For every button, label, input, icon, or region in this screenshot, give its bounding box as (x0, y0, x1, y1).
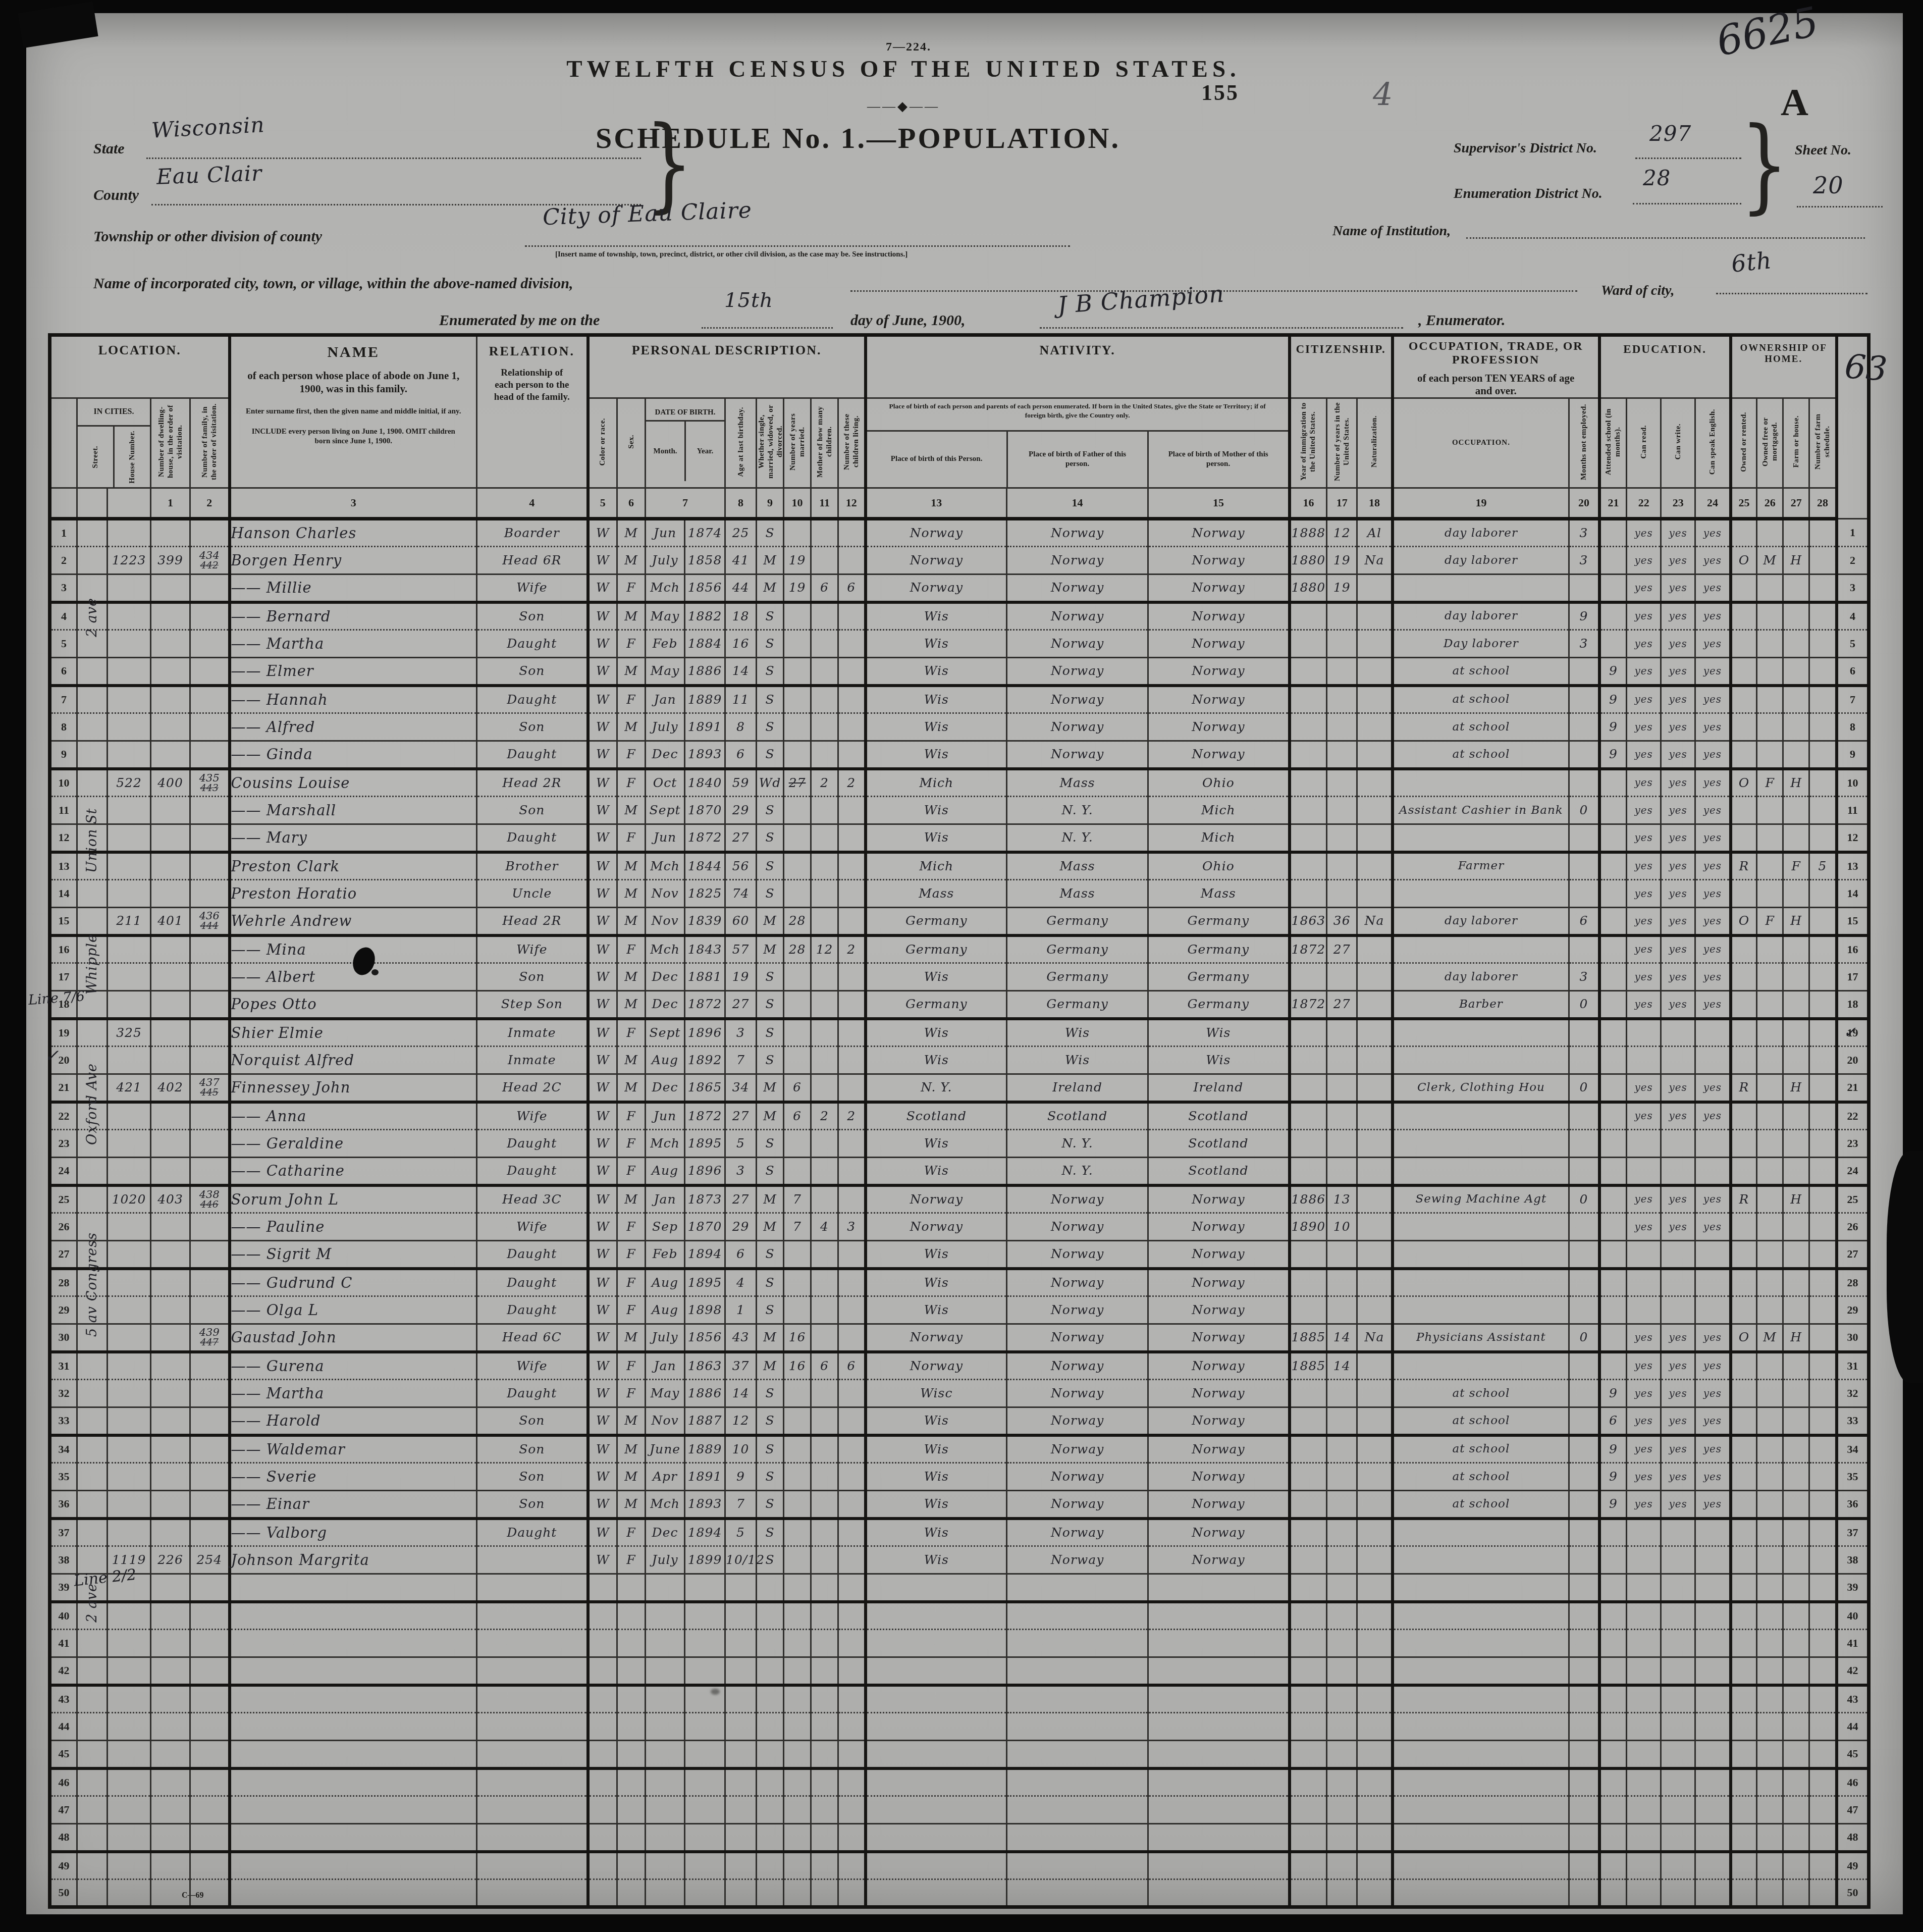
cell-imm (1290, 686, 1327, 713)
cell-pm: Norway (1148, 1519, 1290, 1546)
table-row: 34—— WaldemarSonWMJune188910SWisNorwayNo… (50, 1435, 1869, 1463)
cell-col: W (588, 1435, 617, 1463)
cell-rd: yes (1627, 935, 1661, 963)
cell-rd (1627, 1630, 1661, 1657)
cell-sch (1599, 1019, 1627, 1047)
cell-sch (1599, 602, 1627, 630)
table-row: 5050 (50, 1879, 1869, 1907)
cell-en: yes (1695, 1380, 1731, 1407)
cell-age (725, 1768, 757, 1796)
cell-sch (1599, 852, 1627, 880)
cell-col: W (588, 630, 617, 658)
cell-mar: M (757, 1213, 784, 1241)
cell-own: O (1731, 547, 1757, 575)
cell-sex: M (617, 713, 646, 741)
cell-mne: 0 (1569, 1074, 1599, 1102)
cell-mar: M (757, 935, 784, 963)
cell-sch (1599, 1296, 1627, 1324)
cell-age: 8 (725, 713, 757, 741)
cell-fs (1809, 1685, 1837, 1713)
cell-pm: Norway (1148, 1185, 1290, 1213)
cell-sch (1599, 1852, 1627, 1879)
row-number: 26 (50, 1213, 77, 1241)
cell-fh (1783, 713, 1809, 741)
cell-mar: S (757, 686, 784, 713)
cell-pob: Wis (866, 1269, 1007, 1296)
township-label: Township or other division of county (93, 228, 322, 245)
cell-wr: yes (1661, 630, 1695, 658)
cell-age: 18 (725, 602, 757, 630)
cell-clv (838, 1602, 866, 1630)
cell-pob: Wis (866, 658, 1007, 686)
cell-imm (1290, 1407, 1327, 1435)
header-relation: RELATION. Relationship of each person to… (477, 335, 588, 488)
cell-rd: yes (1627, 1435, 1661, 1463)
cell-dw (151, 1796, 190, 1824)
cell-rd: yes (1627, 1491, 1661, 1519)
cell-imm (1290, 1130, 1327, 1158)
cell-clv (838, 1879, 866, 1907)
cell-sch (1599, 1574, 1627, 1602)
cell-yus (1327, 852, 1357, 880)
cell-pm (1148, 1768, 1290, 1796)
cell-house (108, 713, 151, 741)
cell-fam (190, 1657, 230, 1685)
cell-clv (838, 1435, 866, 1463)
header-farm-schedule: Number of farm schedule. (1809, 398, 1837, 488)
cell-wr: yes (1661, 1491, 1695, 1519)
cell-nat (1357, 1741, 1393, 1768)
cell-dw (151, 1491, 190, 1519)
cell-wr (1661, 1546, 1695, 1574)
cell-sch: 9 (1599, 1463, 1627, 1491)
cell-mne: 0 (1569, 1324, 1599, 1352)
header-pob-father: Place of birth of Father of this person. (1006, 432, 1147, 487)
cell-house (108, 1463, 151, 1491)
cell-house (108, 824, 151, 852)
cell-age: 9 (725, 1463, 757, 1491)
cell-house (108, 1130, 151, 1158)
row-number: 19 (50, 1019, 77, 1047)
row-number: 14 (1837, 880, 1869, 908)
cell-occ (1393, 1269, 1569, 1296)
cell-fam (190, 1574, 230, 1602)
row-number: 12 (50, 824, 77, 852)
cell-pm: Germany (1148, 935, 1290, 963)
cell-own (1731, 1435, 1757, 1463)
cell-col: W (588, 1296, 617, 1324)
cell-rel: Head 2R (477, 769, 588, 797)
cell-nat (1357, 1824, 1393, 1852)
cell-mne (1569, 1574, 1599, 1602)
cell-mne (1569, 686, 1599, 713)
header-years-us: Number of years in the United States. (1327, 398, 1357, 488)
cell-name (230, 1768, 477, 1796)
cell-yr: 1889 (685, 686, 725, 713)
cell-pm: Norway (1148, 1296, 1290, 1324)
cell-mon (646, 1630, 685, 1657)
cell-nat (1357, 741, 1393, 769)
cell-col: W (588, 991, 617, 1019)
cell-fam (190, 1158, 230, 1185)
cell-pf: Norway (1007, 1352, 1148, 1380)
cell-col: W (588, 1130, 617, 1158)
cell-imm (1290, 1796, 1327, 1824)
cell-yr: 1858 (685, 547, 725, 575)
cell-mne (1569, 1269, 1599, 1296)
cell-yus (1327, 1380, 1357, 1407)
cell-fs (1809, 1574, 1837, 1602)
cell-wr: yes (1661, 880, 1695, 908)
cell-col (588, 1685, 617, 1713)
cell-dw: 399 (151, 547, 190, 575)
cell-occ: at school (1393, 1380, 1569, 1407)
cell-pm: Norway (1148, 602, 1290, 630)
table-row: 31—— GurenaWifeWFJan186337M1666NorwayNor… (50, 1352, 1869, 1380)
cell-col: W (588, 1546, 617, 1574)
cell-street (77, 1741, 108, 1768)
cell-fh (1783, 880, 1809, 908)
cell-sex: M (617, 880, 646, 908)
cell-sex: F (617, 1158, 646, 1185)
header-education: EDUCATION. (1599, 335, 1731, 398)
row-number: 49 (1837, 1852, 1869, 1879)
cell-fs (1809, 713, 1837, 741)
cell-yus (1327, 1796, 1357, 1824)
cell-sex: F (617, 1241, 646, 1269)
cell-clv (838, 1241, 866, 1269)
cell-rel: Daught (477, 1130, 588, 1158)
cell-own (1731, 1824, 1757, 1852)
cell-mne (1569, 769, 1599, 797)
header-sex: Sex. (617, 398, 646, 488)
cell-mar: S (757, 1158, 784, 1185)
cell-yr: 1895 (685, 1269, 725, 1296)
cell-mon: Dec (646, 963, 685, 991)
header-occupation-cell: OCCUPATION. (1393, 398, 1569, 488)
cell-own (1731, 991, 1757, 1019)
cell-sch (1599, 630, 1627, 658)
cell-wr: yes (1661, 824, 1695, 852)
cell-house (108, 1519, 151, 1546)
row-number: 47 (1837, 1796, 1869, 1824)
cell-rel (477, 1824, 588, 1852)
cell-mon (646, 1713, 685, 1741)
cell-rd (1627, 1657, 1661, 1685)
header-age: Age at last birthday. (725, 398, 757, 488)
table-row: 23—— GeraldineDaughtWFMch18955SWisN. Y.S… (50, 1130, 1869, 1158)
cell-occ (1393, 1824, 1569, 1852)
row-number: 32 (50, 1380, 77, 1407)
header-dwelling: Number of dwelling-house, in the order o… (151, 398, 190, 488)
cell-mon: June (646, 1435, 685, 1463)
cell-pob (866, 1879, 1007, 1907)
row-number: 27 (50, 1241, 77, 1269)
cell-rd: yes (1627, 602, 1661, 630)
cell-nat: Na (1357, 1324, 1393, 1352)
cell-occ: Clerk, Clothing Hou (1393, 1074, 1569, 1102)
cell-ym (784, 1852, 811, 1879)
cell-clv (838, 686, 866, 713)
cell-pob: N. Y. (866, 1074, 1007, 1102)
cell-ym: 19 (784, 575, 811, 602)
cell-pob: Germany (866, 991, 1007, 1019)
row-number: 46 (50, 1768, 77, 1796)
cell-fam (190, 1296, 230, 1324)
cell-own (1731, 1352, 1757, 1380)
cell-yr: 1891 (685, 713, 725, 741)
cell-mar: S (757, 797, 784, 824)
cell-en: yes (1695, 686, 1731, 713)
cell-sex: F (617, 1546, 646, 1574)
cell-nat (1357, 1713, 1393, 1741)
cell-ym (784, 1463, 811, 1491)
cell-street: Whipple (77, 908, 108, 935)
cell-en: yes (1695, 713, 1731, 741)
cell-pm (1148, 1796, 1290, 1824)
cell-clv (838, 658, 866, 686)
cell-house (108, 1713, 151, 1741)
cell-nat (1357, 1102, 1393, 1130)
cell-imm (1290, 1713, 1327, 1741)
cell-sch (1599, 547, 1627, 575)
cell-pob: Norway (866, 1352, 1007, 1380)
enumerated-mid: day of June, 1900, (850, 312, 966, 329)
cell-sex: F (617, 630, 646, 658)
ward-value: 6th (1730, 246, 1773, 278)
cell-dw (151, 1741, 190, 1768)
cell-age: 6 (725, 1241, 757, 1269)
cell-yus: 36 (1327, 908, 1357, 935)
header-occupation: OCCUPATION, TRADE, OR PROFESSION of each… (1393, 335, 1599, 398)
cell-pm (1148, 1630, 1290, 1657)
cell-rd (1627, 1741, 1661, 1768)
cell-occ (1393, 1685, 1569, 1713)
cell-house (108, 1824, 151, 1852)
cell-pob: Norway (866, 575, 1007, 602)
institution-label: Name of Institution, (1332, 223, 1451, 239)
cell-en: yes (1695, 1185, 1731, 1213)
cell-mon: July (646, 713, 685, 741)
row-number: 37 (1837, 1519, 1869, 1546)
header-mother-children: Mother of how many children. (811, 398, 838, 488)
table-row: 15Whipple211401436444Wehrle AndrewHead 2… (50, 908, 1869, 935)
cell-pob: Wis (866, 1546, 1007, 1574)
cell-sch (1599, 1713, 1627, 1741)
cell-yus: 27 (1327, 935, 1357, 963)
cell-ym (784, 1657, 811, 1685)
cell-occ: Farmer (1393, 852, 1569, 880)
cell-fh (1783, 1491, 1809, 1519)
cell-occ: at school (1393, 686, 1569, 713)
cell-mon (646, 1768, 685, 1796)
cell-sex (617, 1713, 646, 1741)
row-number: 3 (1837, 575, 1869, 602)
cell-house (108, 1241, 151, 1269)
cell-yus (1327, 1435, 1357, 1463)
cell-nat (1357, 575, 1393, 602)
cell-fre (1757, 1685, 1783, 1713)
cell-yus (1327, 769, 1357, 797)
cell-fre (1757, 1047, 1783, 1074)
cell-own (1731, 880, 1757, 908)
cell-house (108, 1269, 151, 1296)
cell-age: 14 (725, 1380, 757, 1407)
cell-fh (1783, 1130, 1809, 1158)
cell-nat (1357, 1213, 1393, 1241)
cell-sch (1599, 963, 1627, 991)
cell-clv (838, 741, 866, 769)
cell-en: yes (1695, 1491, 1731, 1519)
cell-own (1731, 1796, 1757, 1824)
cell-mne: 3 (1569, 519, 1599, 547)
row-number: 11 (1837, 797, 1869, 824)
row-number: 34 (50, 1435, 77, 1463)
cell-fs (1809, 1102, 1837, 1130)
cell-nat (1357, 1852, 1393, 1879)
cell-col: W (588, 1074, 617, 1102)
cell-mch (811, 1546, 838, 1574)
cell-wr (1661, 1824, 1695, 1852)
cell-fh (1783, 686, 1809, 713)
cell-dw: 402 (151, 1074, 190, 1102)
cell-mch (811, 991, 838, 1019)
cell-street (77, 1824, 108, 1852)
cell-fs (1809, 1630, 1837, 1657)
cell-fre (1757, 713, 1783, 741)
cell-nat (1357, 1435, 1393, 1463)
cell-pf: N. Y. (1007, 1130, 1148, 1158)
row-number: 18 (1837, 991, 1869, 1019)
cell-own (1731, 1519, 1757, 1546)
cell-fs (1809, 575, 1837, 602)
row-number: 4 (50, 602, 77, 630)
cell-sch (1599, 769, 1627, 797)
cell-dw (151, 630, 190, 658)
cell-pm: Norway (1148, 1324, 1290, 1352)
cell-fs (1809, 1130, 1837, 1158)
cell-mar (757, 1852, 784, 1879)
cell-fre (1757, 1102, 1783, 1130)
cell-rd (1627, 1296, 1661, 1324)
cell-occ (1393, 1713, 1569, 1741)
cell-rd: yes (1627, 1407, 1661, 1435)
cell-mch (811, 630, 838, 658)
cell-mar (757, 1768, 784, 1796)
row-number: 15 (1837, 908, 1869, 935)
cell-en (1695, 1269, 1731, 1296)
cell-rd: yes (1627, 1074, 1661, 1102)
cell-rel: Son (477, 1435, 588, 1463)
cell-mch: 6 (811, 1352, 838, 1380)
cell-age: 27 (725, 991, 757, 1019)
cell-ym: 28 (784, 908, 811, 935)
cell-mon: Nov (646, 880, 685, 908)
cell-fam (190, 1602, 230, 1630)
cell-fh (1783, 1685, 1809, 1713)
cell-clv: 6 (838, 1352, 866, 1380)
cell-mch (811, 686, 838, 713)
cell-yus (1327, 1685, 1357, 1713)
cell-age: 27 (725, 1102, 757, 1130)
cell-mch (811, 1768, 838, 1796)
cell-clv (838, 852, 866, 880)
cell-col (588, 1741, 617, 1768)
cell-sex: M (617, 1407, 646, 1435)
cell-street (77, 1380, 108, 1407)
cell-mar: S (757, 1463, 784, 1491)
cell-mch (811, 658, 838, 686)
cell-name: —— Elmer (230, 658, 477, 686)
cell-dw (151, 1047, 190, 1074)
cell-yus (1327, 1741, 1357, 1768)
cell-ym (784, 713, 811, 741)
cell-fam (190, 741, 230, 769)
cell-mar (757, 1741, 784, 1768)
row-number: 44 (50, 1713, 77, 1741)
cell-yr: 1856 (685, 575, 725, 602)
cell-pm: Norway (1148, 1380, 1290, 1407)
cell-sex: M (617, 1435, 646, 1463)
cell-mne (1569, 1463, 1599, 1491)
cell-sch (1599, 1879, 1627, 1907)
cell-occ (1393, 1630, 1569, 1657)
cell-wr (1661, 1741, 1695, 1768)
cell-wr: yes (1661, 1324, 1695, 1352)
cell-clv (838, 1380, 866, 1407)
cell-rd: yes (1627, 797, 1661, 824)
cell-rd (1627, 1685, 1661, 1713)
cell-age: 5 (725, 1130, 757, 1158)
table-row: 12—— MaryDaughtWFJun187227SWisN. Y.Michy… (50, 824, 1869, 852)
cell-wr (1661, 1602, 1695, 1630)
enumeration-value: 28 (1643, 166, 1671, 190)
cell-dw (151, 1685, 190, 1713)
cell-occ (1393, 1130, 1569, 1158)
cell-ym (784, 1130, 811, 1158)
cell-imm (1290, 1463, 1327, 1491)
cell-name: —— Anna (230, 1102, 477, 1130)
cell-fh (1783, 1824, 1809, 1852)
cell-fh (1783, 1380, 1809, 1407)
cell-fam (190, 1630, 230, 1657)
cell-ym (784, 880, 811, 908)
cell-house: 522 (108, 769, 151, 797)
cell-dw (151, 1324, 190, 1352)
cell-en (1695, 1519, 1731, 1546)
enumerated-prefix: Enumerated by me on the (439, 312, 600, 329)
cell-dw (151, 1879, 190, 1907)
cell-mar: M (757, 1352, 784, 1380)
cell-sch: 9 (1599, 1380, 1627, 1407)
cell-wr (1661, 1519, 1695, 1546)
cell-yus (1327, 1879, 1357, 1907)
cell-mne (1569, 1352, 1599, 1380)
cell-pob: Wis (866, 963, 1007, 991)
cell-pf (1007, 1741, 1148, 1768)
cell-fh (1783, 519, 1809, 547)
cell-imm (1290, 1158, 1327, 1185)
cell-age (725, 1879, 757, 1907)
cell-imm (1290, 741, 1327, 769)
cell-house (108, 1852, 151, 1879)
cell-mon: Jan (646, 686, 685, 713)
supervisor-label: Supervisor's District No. (1454, 140, 1597, 156)
cell-yus (1327, 824, 1357, 852)
table-row: 30439447Gaustad JohnHead 6CWMJuly185643M… (50, 1324, 1869, 1352)
cell-street: Oxford Ave (77, 1019, 108, 1047)
cell-fh (1783, 963, 1809, 991)
